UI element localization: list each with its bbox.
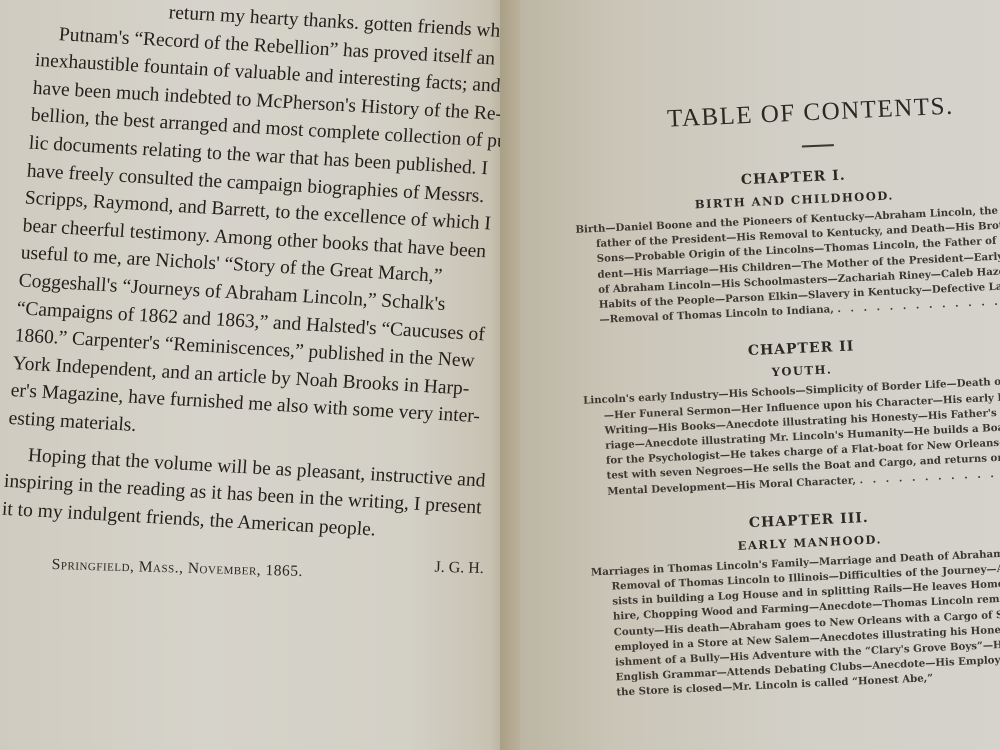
chapter-1: CHAPTER I. BIRTH AND CHILDHOOD. Birth—Da… [573,156,1000,329]
chapter-summary: Birth—Daniel Boone and the Pioneers of K… [575,199,1000,329]
table-of-contents: TABLE OF CONTENTS. CHAPTER I. BIRTH AND … [570,86,1000,702]
author-initials: J. G. H. [434,559,484,578]
chapter-summary: Lincoln's early Industry—His Schools—Sim… [583,371,1000,501]
preface-signoff: Springfield, Mass., November, 1865. J. G… [51,556,491,586]
left-page: return my hearty thanks. gotten friends … [0,0,510,750]
place-date: Springfield, Mass., November, 1865. [52,556,304,580]
page-title: TABLE OF CONTENTS. [600,90,1000,137]
chapter-3: CHAPTER III. EARLY MANHOOD. Marriages in… [589,499,1000,702]
right-page: TABLE OF CONTENTS. CHAPTER I. BIRTH AND … [520,0,1000,750]
title-rule [802,144,834,147]
chapter-2: CHAPTER II YOUTH. Lincoln's early Indust… [581,328,1000,501]
open-book-spread: return my hearty thanks. gotten friends … [0,0,1000,750]
chapter-summary: Marriages in Thomas Lincoln's Family—Mar… [591,542,1000,702]
preface-text: return my hearty thanks. gotten friends … [1,0,510,554]
